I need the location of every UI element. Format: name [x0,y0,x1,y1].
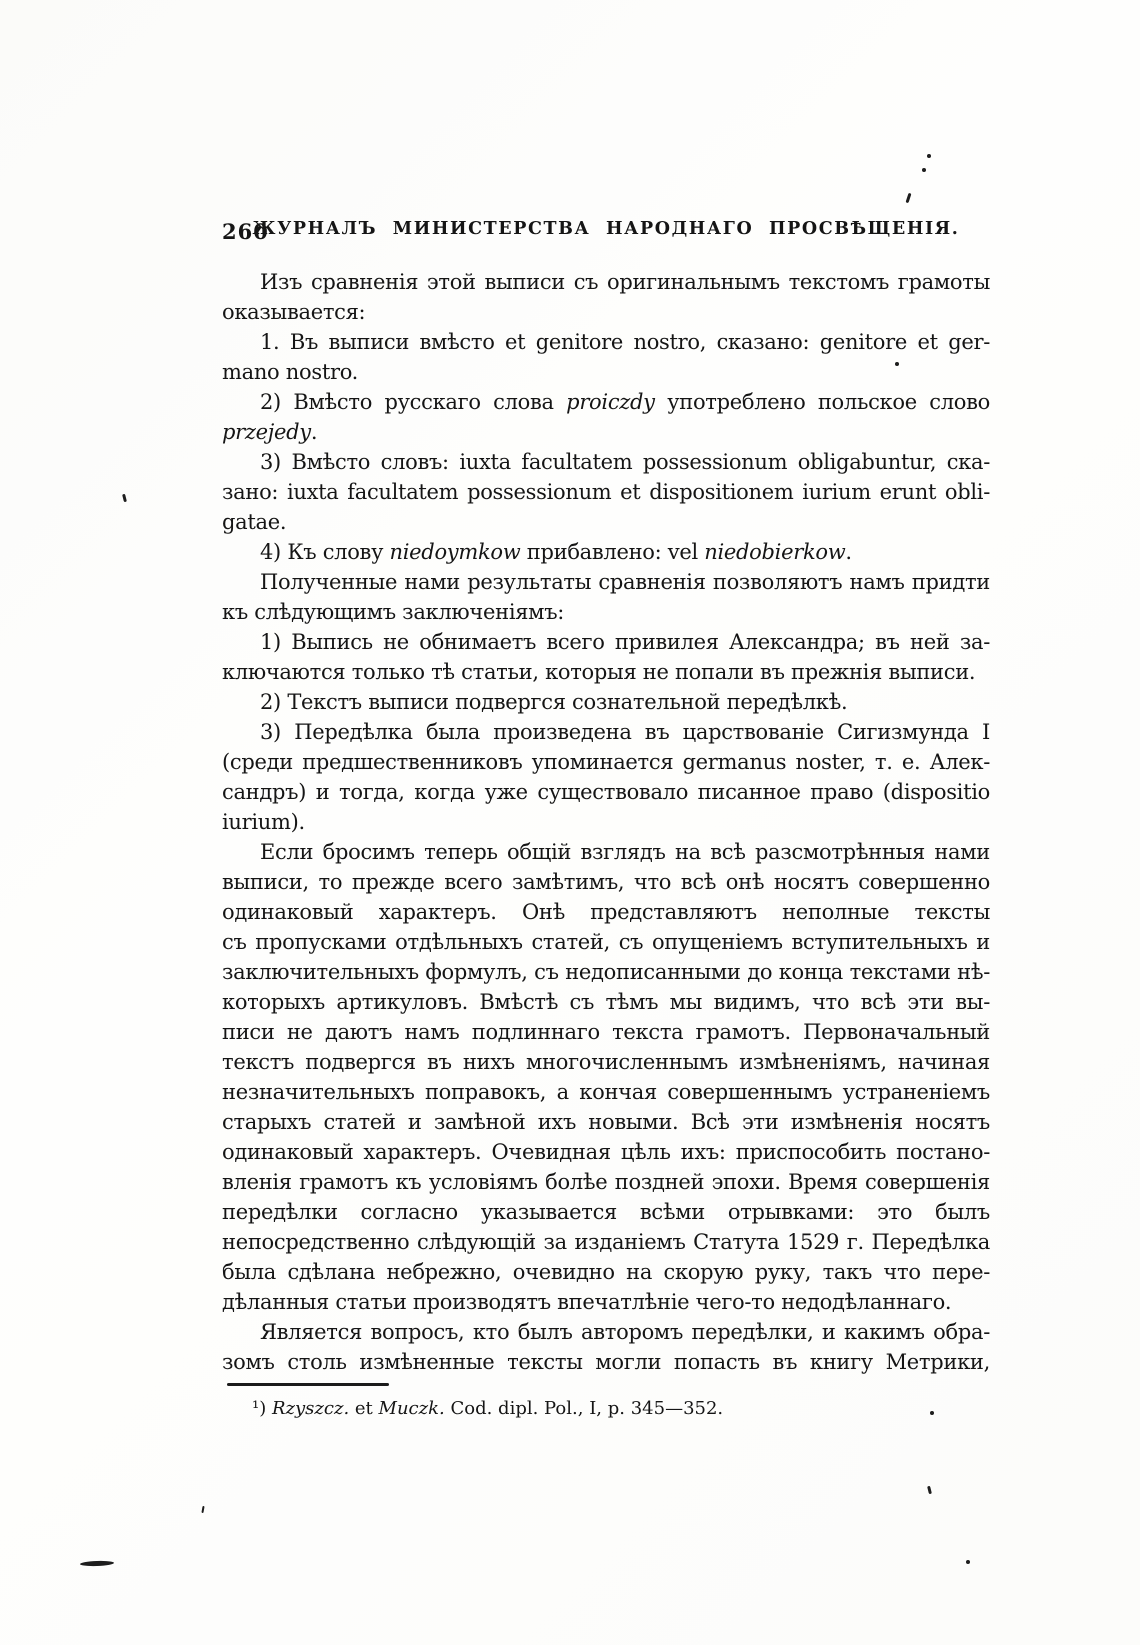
paragraph: 3) Передѣлка была произведена въ царство… [222,717,990,837]
text-line: вленія грамотъ къ условіямъ болѣе поздне… [222,1167,990,1197]
text-line: mano nostro. [222,357,990,387]
text-line: одинаковый характеръ. Онѣ представляютъ … [222,897,990,927]
scan-artifact-tick [906,193,912,203]
text-line: 2) Текстъ выписи подвергся сознательной … [222,687,990,717]
text-line: 2) Вмѣсто русскаго слова proiczdy употре… [222,387,990,417]
text-line: съ пропусками отдѣльныхъ статей, съ опущ… [222,927,990,957]
scan-artifact-comma [927,1486,932,1494]
page-number: 260 [222,219,269,244]
text-line: заключительныхъ формулъ, съ недописанным… [222,957,990,987]
text-line: 1) Выпись не обнимаетъ всего привилея Ал… [222,627,990,657]
text-line: 1. Въ выписи вмѣсто et genitore nostro, … [222,327,990,357]
text-line: зано: iuxta facultatem possessionum et d… [222,477,990,507]
scan-artifact-dot [930,1411,934,1415]
paragraph: 4) Къ слову niedoymkow прибавлено: vel n… [222,537,990,567]
text-line: передѣлки согласно указывается всѣми отр… [222,1197,990,1227]
text-line: gatae. [222,507,990,537]
scan-artifact-tick [201,1506,204,1513]
body-text: Изъ сравненія этой выписи съ оригинальны… [222,267,990,1377]
text-line: незначительныхъ поправокъ, а кончая сове… [222,1077,990,1107]
scan-artifact-comma [122,494,127,502]
text-line: Является вопросъ, кто былъ авторомъ пере… [222,1317,990,1347]
journal-title: ЖУРНАЛЪ МИНИСТЕРСТВА НАРОДНАГО ПРОСВѢЩЕН… [253,219,960,239]
text-line: 3) Вмѣсто словъ: iuxta facultatem posses… [222,447,990,477]
text-line: iurium). [222,807,990,837]
paragraph: Является вопросъ, кто былъ авторомъ пере… [222,1317,990,1377]
text-line: писи не даютъ намъ подлиннаго текста гра… [222,1017,990,1047]
text-line: старыхъ статей и замѣной ихъ новыми. Всѣ… [222,1107,990,1137]
paragraph: Полученные нами результаты сравненія поз… [222,567,990,627]
paragraph: 1. Въ выписи вмѣсто et genitore nostro, … [222,327,990,387]
text-line: была сдѣлана небрежно, очевидно на скору… [222,1257,990,1287]
text-line: Изъ сравненія этой выписи съ оригинальны… [222,267,990,297]
page: 260 ЖУРНАЛЪ МИНИСТЕРСТВА НАРОДНАГО ПРОСВ… [0,0,1140,1645]
scan-artifact-dot [966,1560,970,1564]
scan-artifact-smear [80,1560,114,1566]
text-line: Если бросимъ теперь общій взглядъ на всѣ… [222,837,990,867]
scan-artifact-dot [922,168,926,172]
paragraph: Изъ сравненія этой выписи съ оригинальны… [222,267,990,327]
text-line: ключаются только тѣ статьи, которыя не п… [222,657,990,687]
scan-artifact-dot [895,362,899,366]
footnote-text: ¹) Rzyszcz. et Muczk. Cod. dipl. Pol., I… [222,1396,990,1422]
paragraph: Если бросимъ теперь общій взглядъ на всѣ… [222,837,990,1317]
text-line: одинаковый характеръ. Очевидная цѣль ихъ… [222,1137,990,1167]
paragraph: 3) Вмѣсто словъ: iuxta facultatem posses… [222,447,990,537]
text-line: текстъ подвергся въ нихъ многочисленнымъ… [222,1047,990,1077]
text-line: дѣланныя статьи производятъ впечатлѣніе … [222,1287,990,1317]
text-line: (среди предшественниковъ упоминается ger… [222,747,990,777]
text-line: оказывается: [222,297,990,327]
text-line: сандръ) и тогда, когда уже существовало … [222,777,990,807]
paragraph: 2) Вмѣсто русскаго слова proiczdy употре… [222,387,990,447]
text-line: 4) Къ слову niedoymkow прибавлено: vel n… [222,537,990,567]
text-line: Полученные нами результаты сравненія поз… [222,567,990,597]
text-line: выписи, то прежде всего замѣтимъ, что вс… [222,867,990,897]
text-line: непосредственно слѣдующій за изданіемъ С… [222,1227,990,1257]
text-line: которыхъ артикуловъ. Вмѣстѣ съ тѣмъ мы в… [222,987,990,1017]
text-line: przejedy. [222,417,990,447]
text-line: къ слѣдующимъ заключеніямъ: [222,597,990,627]
footnote-rule [227,1383,389,1386]
page-header: 260 ЖУРНАЛЪ МИНИСТЕРСТВА НАРОДНАГО ПРОСВ… [222,219,990,245]
paragraph: 1) Выпись не обнимаетъ всего привилея Ал… [222,627,990,687]
scan-artifact-dot [927,154,931,158]
text-line: 3) Передѣлка была произведена въ царство… [222,717,990,747]
paragraph: 2) Текстъ выписи подвергся сознательной … [222,687,990,717]
text-line: зомъ столь измѣненные тексты могли попас… [222,1347,990,1377]
